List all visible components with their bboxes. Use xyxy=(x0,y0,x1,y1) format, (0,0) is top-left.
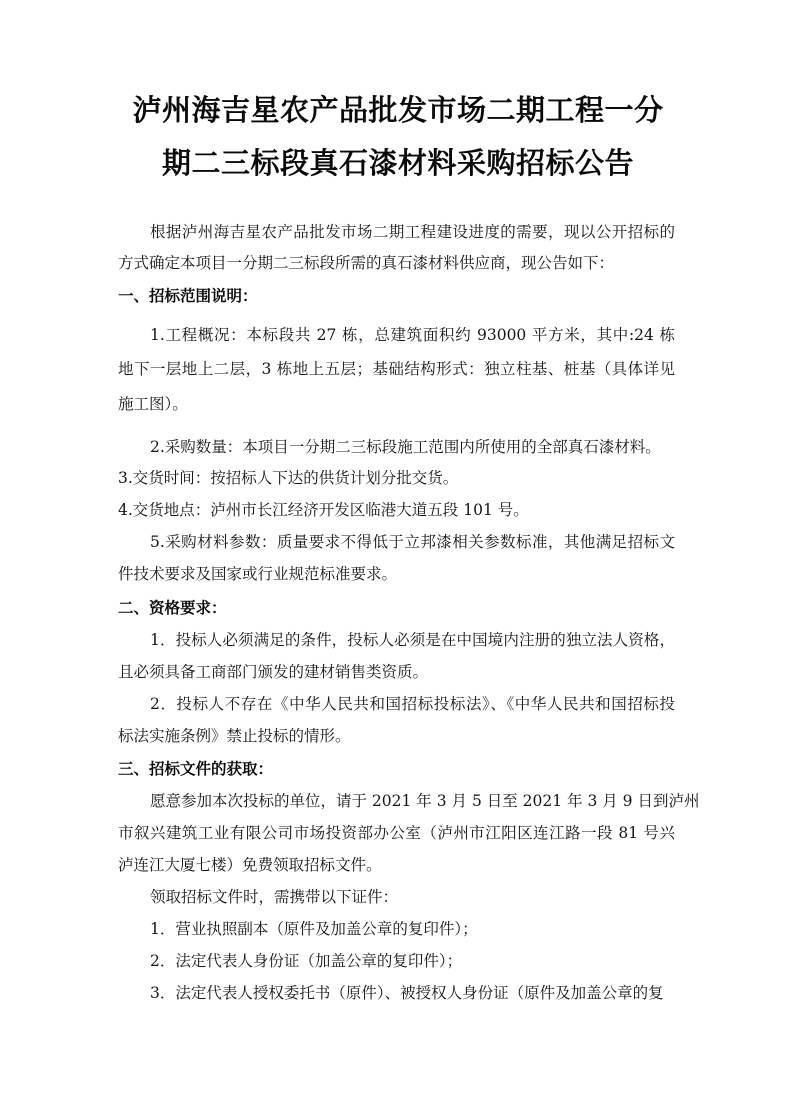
scope-item-4: 4.交货地点：泸州市长江经济开发区临港大道五段 101 号。 xyxy=(118,498,529,520)
section-heading-documents: 三、招标文件的获取： xyxy=(118,757,273,779)
qualification-item-1-line-1: 1．投标人必须满足的条件，投标人必须是在中国境内注册的独立法人资格， xyxy=(150,628,675,650)
intro-line-1: 根据泸州海吉星农产品批发市场二期工程建设进度的需要，现以公开招标的 xyxy=(150,220,675,242)
scope-item-1-line-2: 地下一层地上二层，3 栋地上五层；基础结构形式：独立柱基、桩基（具体详见 xyxy=(118,357,675,379)
section-heading-scope: 一、招标范围说明： xyxy=(118,284,258,306)
qualification-item-1-line-2: 且必须具备工商部门颁发的建材销售类资质。 xyxy=(118,660,428,682)
documents-para-line-1: 愿意参加本次投标的单位，请于 2021 年 3 月 5 日至 2021 年 3 … xyxy=(150,789,675,811)
qualification-item-2-line-2: 标法实施条例》禁止投标的情形。 xyxy=(118,724,351,746)
document-title-line-2: 期二三标段真石漆材料采购招标公告 xyxy=(118,141,678,182)
scope-item-5-line-1: 5.采购材料参数：质量要求不得低于立邦漆相关参数标准，其他满足招标文 xyxy=(150,530,675,552)
scope-item-5-line-2: 件技术要求及国家或行业规范标准要求。 xyxy=(118,562,397,584)
section-heading-qualification: 二、资格要求： xyxy=(118,596,227,618)
scope-item-1-line-1: 1.工程概况：本标段共 27 栋，总建筑面积约 93000 平方米，其中:24 … xyxy=(150,323,675,345)
documents-required-item-1: 1．营业执照副本（原件及加盖公章的复印件）； xyxy=(150,917,478,939)
intro-line-2: 方式确定本项目一分期二三标段所需的真石漆材料供应商，现公告如下： xyxy=(118,251,614,273)
scope-item-1-line-3: 施工图）。 xyxy=(118,392,188,414)
qualification-item-2-line-1: 2．投标人不存在《中华人民共和国招标投标法》、《中华人民共和国招标投 xyxy=(150,692,675,714)
documents-required-item-3: 3．法定代表人授权委托书（原件）、被授权人身份证（原件及加盖公章的复 xyxy=(150,981,664,1003)
documents-required-item-2: 2．法定代表人身份证（加盖公章的复印件）； xyxy=(150,949,462,971)
document-title-line-1: 泸州海吉星农产品批发市场二期工程一分 xyxy=(118,88,678,129)
scope-item-3: 3.交货时间：按招标人下达的供货计划分批交货。 xyxy=(118,466,458,488)
documents-required-intro: 领取招标文件时，需携带以下证件： xyxy=(150,885,398,907)
documents-para-line-3: 泸连江大厦七楼）免费领取招标文件。 xyxy=(118,853,382,875)
documents-para-line-2: 市叙兴建筑工业有限公司市场投资部办公室（泸州市江阳区连江路一段 81 号兴 xyxy=(118,821,675,843)
scope-item-2: 2.采购数量：本项目一分期二三标段施工范围内所使用的全部真石漆材料。 xyxy=(150,435,661,457)
